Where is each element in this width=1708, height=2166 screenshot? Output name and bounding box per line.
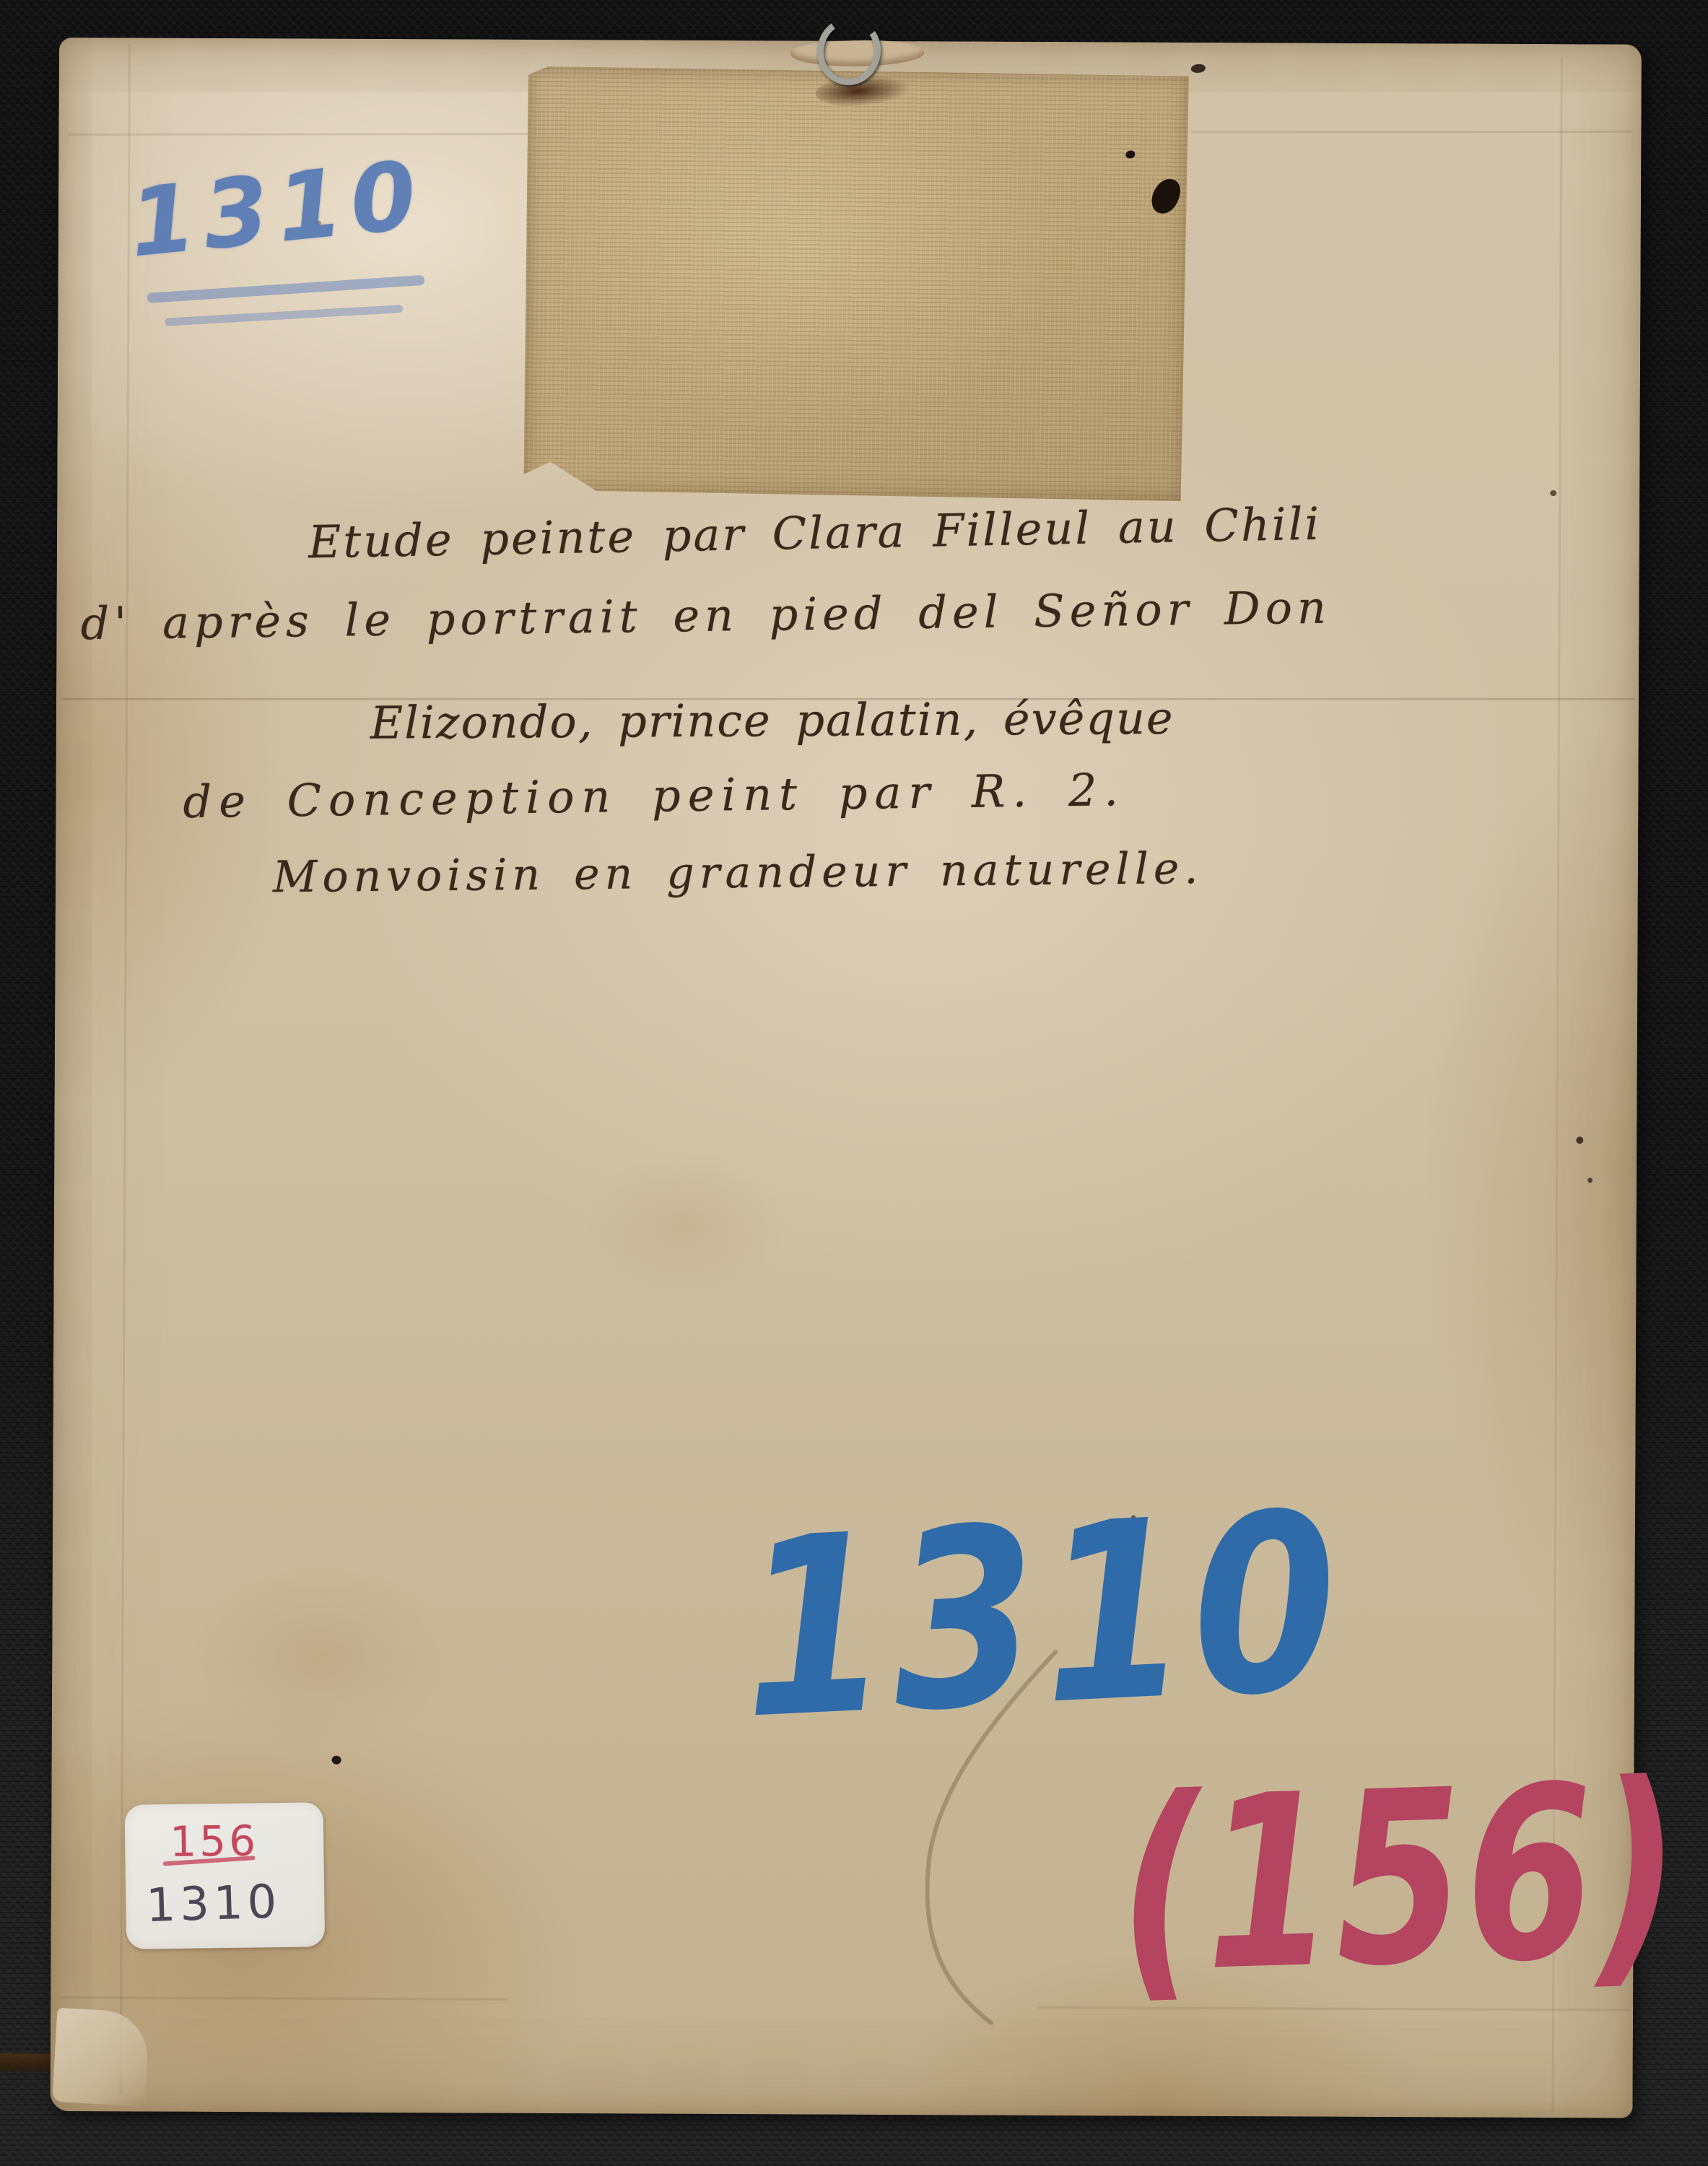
speck <box>1587 1178 1592 1183</box>
inventory-label: 156 1310 <box>125 1802 326 1949</box>
inventory-number-top-left: 1310 <box>124 139 430 278</box>
speck <box>1576 1136 1583 1144</box>
handwritten-line: de Conception peint par R. 2. <box>183 763 1125 828</box>
crease-line <box>60 1996 507 2001</box>
crease-line <box>1190 131 1631 134</box>
inventory-number-center: 1310 <box>737 1492 1347 1741</box>
label-current-number: 1310 <box>145 1875 282 1933</box>
handwritten-line: Monvoisin en grandeur naturelle. <box>273 843 1203 902</box>
handwritten-line: Etude peinte par Clara Filleul au Chili <box>308 497 1321 569</box>
handwritten-line: d' après le portrait en pied del Señor D… <box>80 581 1331 651</box>
painting-back-board: 1310 Etude peinte par Clara Filleul au C… <box>50 38 1642 2118</box>
crayon-underline <box>147 275 424 303</box>
crease-line <box>68 133 533 136</box>
photo-stage: 1310 Etude peinte par Clara Filleul au C… <box>0 0 1708 2166</box>
handwritten-line: Elizondo, prince palatin, évêque <box>370 692 1175 749</box>
ink-blot <box>1191 64 1206 73</box>
worn-corner <box>52 2008 149 2107</box>
inventory-number-parenthetical: (156) <box>1115 1758 1686 2001</box>
speck <box>1550 490 1556 496</box>
crease-line <box>120 43 131 2094</box>
canvas-patch <box>523 66 1189 501</box>
crayon-underline <box>165 305 403 326</box>
speck <box>332 1756 341 1765</box>
